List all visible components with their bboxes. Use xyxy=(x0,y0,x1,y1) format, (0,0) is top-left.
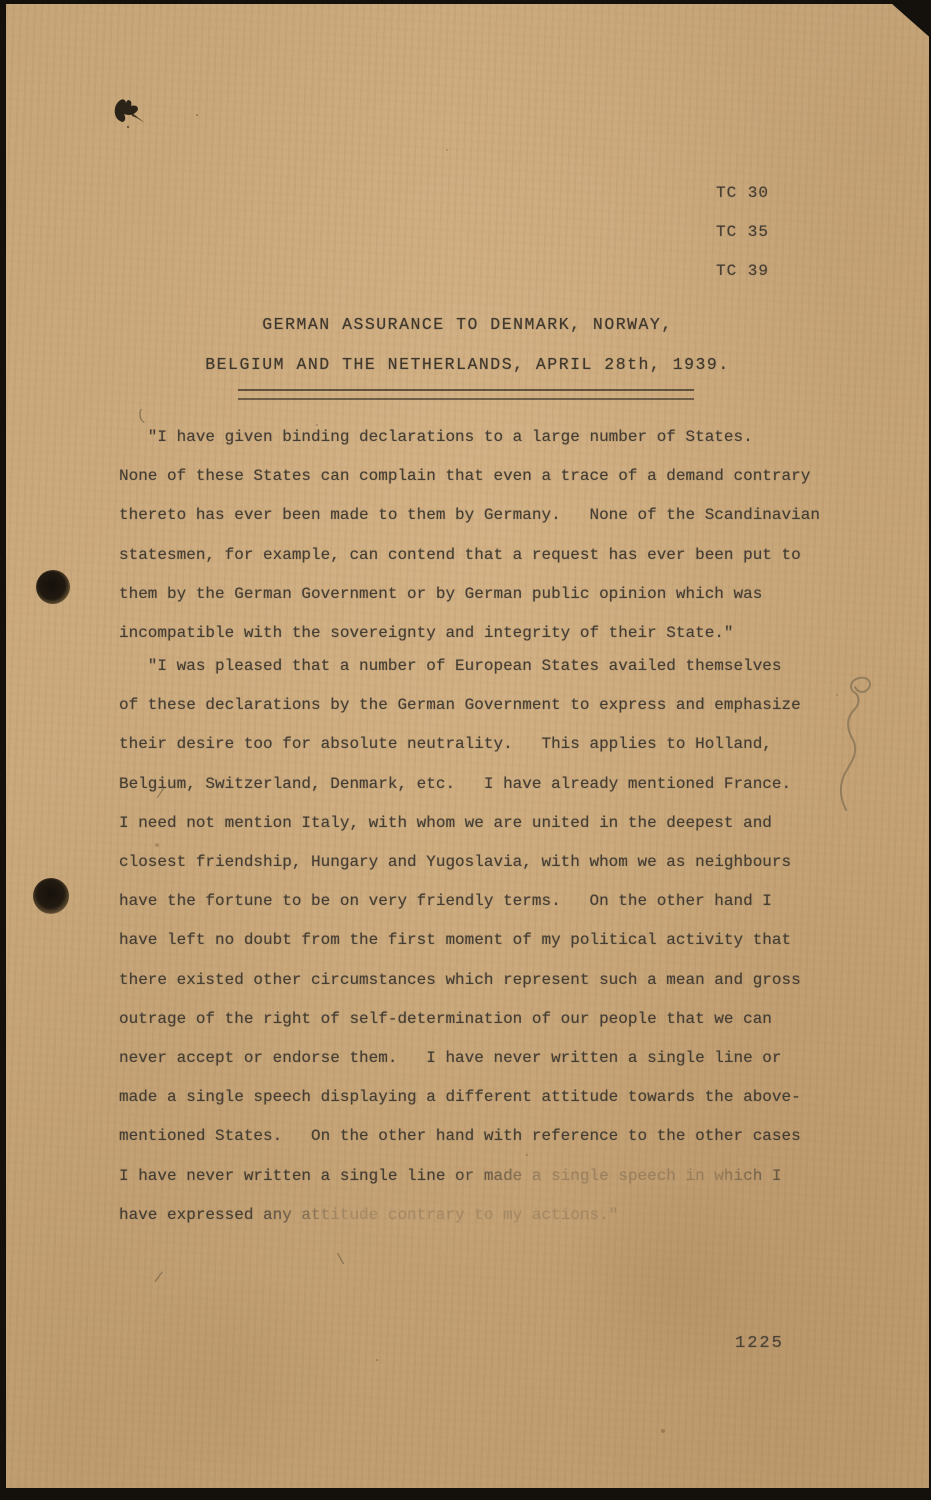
text-line: there existed other circumstances which … xyxy=(119,961,849,1000)
text-line: have left no doubt from the first moment… xyxy=(119,921,849,960)
paragraph-2: "I was pleased that a number of European… xyxy=(119,647,849,1235)
text-line: statesmen, for example, can contend that… xyxy=(119,536,849,575)
text-line: Belgium, Switzerland, Denmark, etc. I ha… xyxy=(119,765,849,804)
reference-number: TC 30 xyxy=(716,174,769,213)
reference-number: TC 35 xyxy=(716,213,769,252)
text-line: never accept or endorse them. I have nev… xyxy=(119,1039,849,1078)
hole-punch xyxy=(36,570,70,604)
text-line: I need not mention Italy, with whom we a… xyxy=(119,804,849,843)
title-line: BELGIUM AND THE NETHERLANDS, APRIL 28th,… xyxy=(6,345,929,385)
text-line: thereto has ever been made to them by Ge… xyxy=(119,496,849,535)
dust-specks xyxy=(196,114,198,116)
text-line: "I was pleased that a number of European… xyxy=(119,647,849,686)
text-line: I have never written a single line or ma… xyxy=(119,1157,849,1196)
text-line: made a single speech displaying a differ… xyxy=(119,1078,849,1117)
text-line: None of these States can complain that e… xyxy=(119,457,849,496)
text-line: them by the German Government or by Germ… xyxy=(119,575,849,614)
text-line: have expressed any attitude contrary to … xyxy=(119,1196,849,1235)
text-line: of these declarations by the German Gove… xyxy=(119,686,849,725)
ink-stain xyxy=(101,94,153,145)
text-line: mentioned States. On the other hand with… xyxy=(119,1117,849,1156)
hole-punch xyxy=(33,878,69,914)
title-underline xyxy=(238,389,694,400)
reference-numbers: TC 30 TC 35 TC 39 xyxy=(716,174,769,291)
document-page: TC 30 TC 35 TC 39 GERMAN ASSURANCE TO DE… xyxy=(6,4,929,1488)
reference-number: TC 39 xyxy=(716,252,769,291)
pencil-scribble xyxy=(824,670,888,823)
paper-stain xyxy=(86,1284,386,1464)
document-title: GERMAN ASSURANCE TO DENMARK, NORWAY, BEL… xyxy=(6,305,929,385)
text-line: outrage of the right of self-determinati… xyxy=(119,1000,849,1039)
text-line: have the fortune to be on very friendly … xyxy=(119,882,849,921)
stray-mark: \ xyxy=(336,1252,345,1269)
text-line: closest friendship, Hungary and Yugoslav… xyxy=(119,843,849,882)
title-line: GERMAN ASSURANCE TO DENMARK, NORWAY, xyxy=(6,305,929,345)
page-number: 1225 xyxy=(735,1334,784,1353)
text-line: "I have given binding declarations to a … xyxy=(119,418,849,457)
stray-mark: / xyxy=(153,1269,164,1287)
paragraph-1: "I have given binding declarations to a … xyxy=(119,418,849,653)
text-line: their desire too for absolute neutrality… xyxy=(119,725,849,764)
